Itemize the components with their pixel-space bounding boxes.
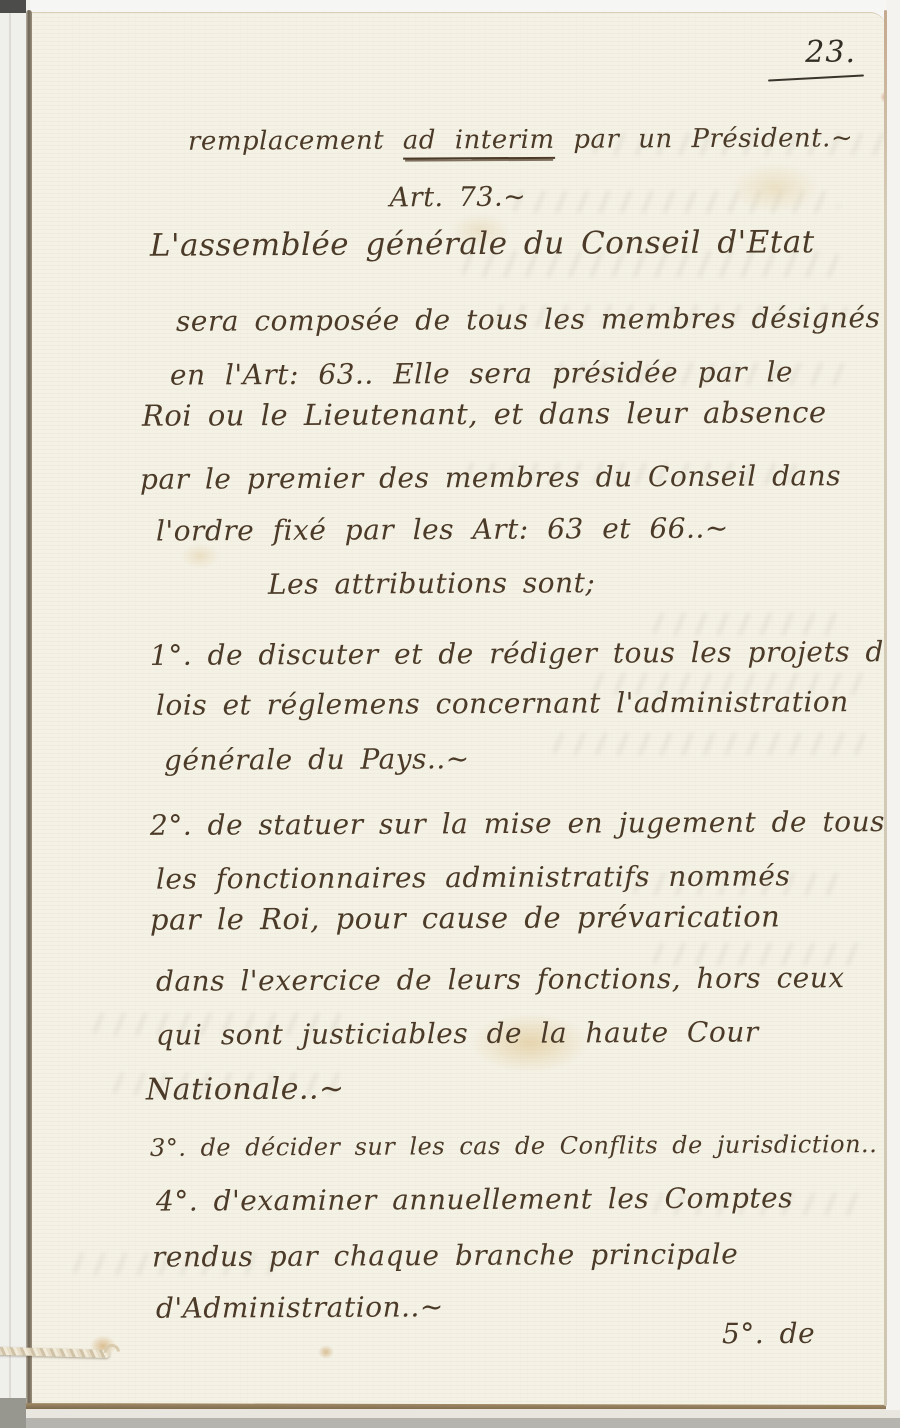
page-left-edge: [26, 10, 32, 1412]
page-crease-line: [9, 0, 11, 1428]
page-number: 23.: [805, 35, 856, 70]
manuscript-line: par le premier des membres du Conseil da…: [140, 457, 841, 499]
manuscript-line: qui sont justiciables de la haute Cour: [156, 1013, 759, 1054]
paper-stain: [318, 1345, 334, 1359]
manuscript-line: 3°. de décider sur les cas de Conflits d…: [150, 1125, 877, 1167]
manuscript-line: les fonctionnaires administratifs nommés: [156, 857, 791, 898]
manuscript-line: sera composée de tous les membres désign…: [176, 299, 881, 341]
article-heading: Art. 73.~: [30, 177, 886, 219]
heading-post: par un Président.~: [555, 123, 854, 155]
manuscript-line: l'ordre fixé par les Art: 63 et 66..~: [156, 510, 729, 551]
manuscript-scan: 23. remplacement ad interim par un Prési…: [0, 0, 900, 1428]
manuscript-line: dans l'exercice de leurs fonctions, hors…: [156, 959, 845, 1001]
manuscript-line: 1°. de discuter et de rédiger tous les p…: [150, 633, 900, 675]
desk-corner: [0, 1398, 26, 1428]
page-right-edge: [884, 10, 887, 1406]
manuscript-line: générale du Pays..~: [164, 740, 470, 780]
page-right-margin: [886, 0, 900, 1410]
manuscript-line: 2°. de statuer sur la mise en jugement d…: [150, 803, 885, 845]
manuscript-line: 4°. d'examiner annuellement les Comptes: [156, 1179, 793, 1220]
binding-clip: [0, 0, 26, 13]
ink-bleedthrough-mark: [550, 733, 870, 755]
manuscript-line: par le Roi, pour cause de prévarication: [150, 897, 780, 938]
manuscript-line: Nationale..~: [146, 1070, 345, 1109]
heading-line: remplacement ad interim par un Président…: [188, 119, 853, 160]
ink-bleedthrough-mark: [650, 613, 850, 635]
catchword: 5°. de: [722, 1315, 815, 1353]
manuscript-line: lois et réglemens concernant l'administr…: [156, 683, 849, 725]
manuscript-line: Roi ou le Lieutenant, et dans leur absen…: [142, 393, 827, 435]
manuscript-line: d'Administration..~: [156, 1288, 444, 1328]
manuscript-line: Les attributions sont;: [268, 564, 595, 604]
heading-pre: remplacement: [188, 126, 403, 157]
page-number-underline: [768, 74, 864, 81]
underlined-phrase: ad interim: [403, 125, 555, 160]
manuscript-page: 23. remplacement ad interim par un Prési…: [30, 12, 886, 1406]
underlying-page-strip: [0, 1409, 900, 1418]
desk-background-strip: [0, 1418, 900, 1428]
manuscript-line: en l'Art: 63.. Elle sera présidée par le: [170, 353, 793, 394]
manuscript-line: L'assemblée générale du Conseil d'Etat: [150, 223, 815, 264]
manuscript-line: rendus par chaque branche principale: [152, 1235, 738, 1276]
